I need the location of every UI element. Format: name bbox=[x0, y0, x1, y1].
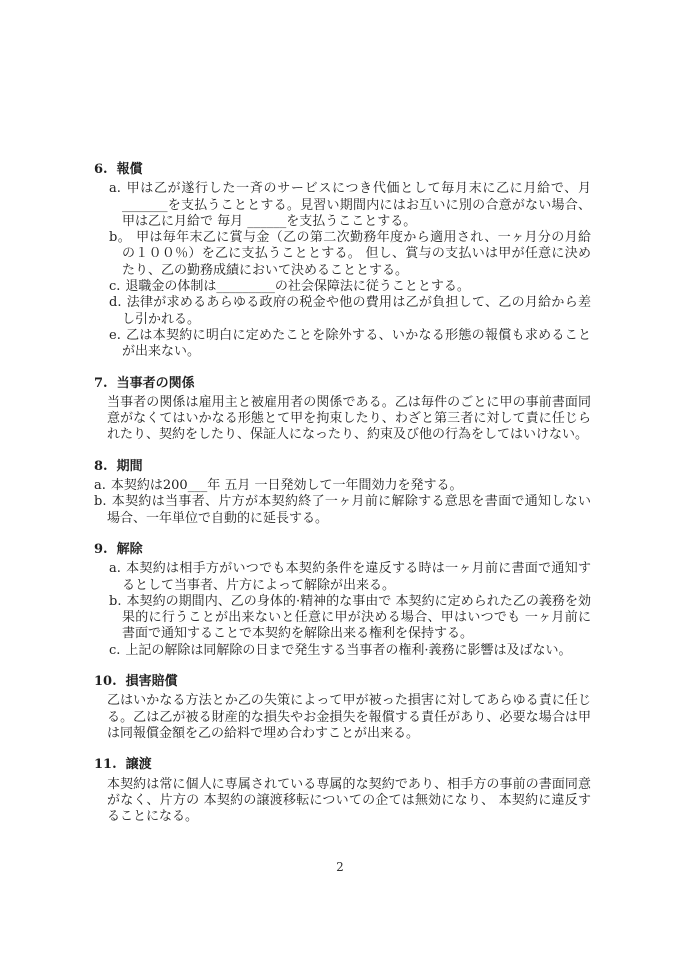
section-number: 7. bbox=[94, 376, 108, 391]
section-title: 期間 bbox=[117, 459, 143, 474]
item-marker: b。 bbox=[109, 230, 131, 245]
item-text: 本契約は当事者、片方が本契約終了一ヶ月前に解除する意思を書面で通知しない場合、一… bbox=[107, 494, 591, 525]
section-paragraph: 乙はいかなる方法とか乙の失策によって甲が被った損害に対してあらゆる責に任じる。乙… bbox=[94, 693, 591, 742]
section-number: 6. bbox=[94, 162, 108, 177]
section-title: 譲渡 bbox=[126, 757, 152, 772]
section-heading: 6.報償 bbox=[94, 162, 591, 178]
item-text: 上記の解除は同解除の日まで発生する当事者の権利·義務に影響は及ばない。 bbox=[125, 643, 571, 658]
contract-section: 9.解除a.本契約は相手方がいつでも本契約条件を違反する時は一ヶ月前に書面で通知… bbox=[94, 542, 591, 659]
document-page: 6.報償a.甲は乙が遂行した一斉のサービスにつき代価として毎月末に乙に月給で、月… bbox=[0, 0, 680, 962]
section-number: 9. bbox=[94, 542, 108, 557]
section-item: c.上記の解除は同解除の日まで発生する当事者の権利·義務に影響は及ばない。 bbox=[94, 643, 591, 659]
page-number: 2 bbox=[0, 860, 680, 874]
contract-section: 10.損害賠償乙はいかなる方法とか乙の失策によって甲が被った損害に対してあらゆる… bbox=[94, 674, 591, 742]
item-marker: a. bbox=[94, 478, 106, 493]
contract-body: 6.報償a.甲は乙が遂行した一斉のサービスにつき代価として毎月末に乙に月給で、月… bbox=[94, 162, 591, 825]
section-heading: 9.解除 bbox=[94, 542, 591, 558]
section-item: b。甲は毎年末乙に賞与金（乙の第二次勤務年度から適用され、一ヶ月分の月給の１００… bbox=[94, 230, 591, 279]
section-item: a.本契約は相手方がいつでも本契約条件を違反する時は一ヶ月前に書面で通知するとし… bbox=[94, 561, 591, 594]
section-paragraph: 本契約は常に個人に専属されている専属的な契約であり、相手方の事前の書面同意がなく… bbox=[94, 777, 591, 826]
section-heading: 11.譲渡 bbox=[94, 757, 591, 773]
section-paragraph: 当事者の関係は雇用主と被雇用者の関係である。乙は毎件のごとに甲の事前書面同意がな… bbox=[94, 395, 591, 444]
item-text: 法律が求めるあらゆる政府の税金や他の費用は乙が負担して、乙の月給から差し引かれる… bbox=[122, 295, 591, 326]
section-heading: 8.期間 bbox=[94, 459, 591, 475]
section-heading: 10.損害賠償 bbox=[94, 674, 591, 690]
contract-section: 6.報償a.甲は乙が遂行した一斉のサービスにつき代価として毎月末に乙に月給で、月… bbox=[94, 162, 591, 361]
section-item: c.退職金の体制は_________の社会保障法に従うこととする。 bbox=[94, 279, 591, 295]
item-text: 本契約は200___年 五月 一日発効して一年間効力を発する。 bbox=[111, 478, 463, 493]
item-text: 本契約の期間内、乙の身体的·精神的な事由で 本契約に定められた乙の義務を効果的に… bbox=[122, 594, 591, 642]
item-text: 本契約は相手方がいつでも本契約条件を違反する時は一ヶ月前に書面で通知するとして当… bbox=[122, 561, 591, 592]
item-marker: e. bbox=[109, 328, 121, 343]
item-marker: d. bbox=[109, 295, 121, 310]
section-number: 8. bbox=[94, 459, 108, 474]
section-heading: 7.当事者の関係 bbox=[94, 376, 591, 392]
section-title: 当事者の関係 bbox=[117, 376, 195, 391]
section-number: 10. bbox=[94, 674, 117, 689]
contract-section: 8.期間a.本契約は200___年 五月 一日発効して一年間効力を発する。b.本… bbox=[94, 459, 591, 527]
section-item: b.本契約の期間内、乙の身体的·精神的な事由で 本契約に定められた乙の義務を効果… bbox=[94, 594, 591, 643]
section-item: a.本契約は200___年 五月 一日発効して一年間効力を発する。 bbox=[94, 478, 591, 494]
section-title: 解除 bbox=[117, 542, 143, 557]
item-marker: c. bbox=[109, 279, 120, 294]
item-text: 甲は乙が遂行した一斉のサービスにつき代価として毎月末に乙に月給で、月 _____… bbox=[122, 181, 591, 229]
section-title: 報償 bbox=[117, 162, 143, 177]
item-text: 退職金の体制は_________の社会保障法に従うこととする。 bbox=[125, 279, 470, 294]
item-text: 甲は毎年末乙に賞与金（乙の第二次勤務年度から適用され、一ヶ月分の月給の１００％）… bbox=[122, 230, 591, 278]
section-title: 損害賠償 bbox=[126, 674, 178, 689]
section-item: d.法律が求めるあらゆる政府の税金や他の費用は乙が負担して、乙の月給から差し引か… bbox=[94, 295, 591, 328]
section-item: a.甲は乙が遂行した一斉のサービスにつき代価として毎月末に乙に月給で、月 ___… bbox=[94, 181, 591, 230]
item-marker: b. bbox=[94, 494, 106, 509]
item-marker: c. bbox=[109, 643, 120, 658]
item-text: 乙は本契約に明白に定めたことを除外する、いかなる形態の報償も求めることが出来ない… bbox=[122, 328, 591, 359]
contract-section: 7.当事者の関係当事者の関係は雇用主と被雇用者の関係である。乙は毎件のごとに甲の… bbox=[94, 376, 591, 444]
section-number: 11. bbox=[94, 757, 117, 772]
item-marker: b. bbox=[109, 594, 121, 609]
item-marker: a. bbox=[109, 561, 121, 576]
item-marker: a. bbox=[109, 181, 121, 196]
contract-section: 11.譲渡本契約は常に個人に専属されている専属的な契約であり、相手方の事前の書面… bbox=[94, 757, 591, 825]
section-item: e.乙は本契約に明白に定めたことを除外する、いかなる形態の報償も求めることが出来… bbox=[94, 328, 591, 361]
section-item: b.本契約は当事者、片方が本契約終了一ヶ月前に解除する意思を書面で通知しない場合… bbox=[94, 494, 591, 527]
